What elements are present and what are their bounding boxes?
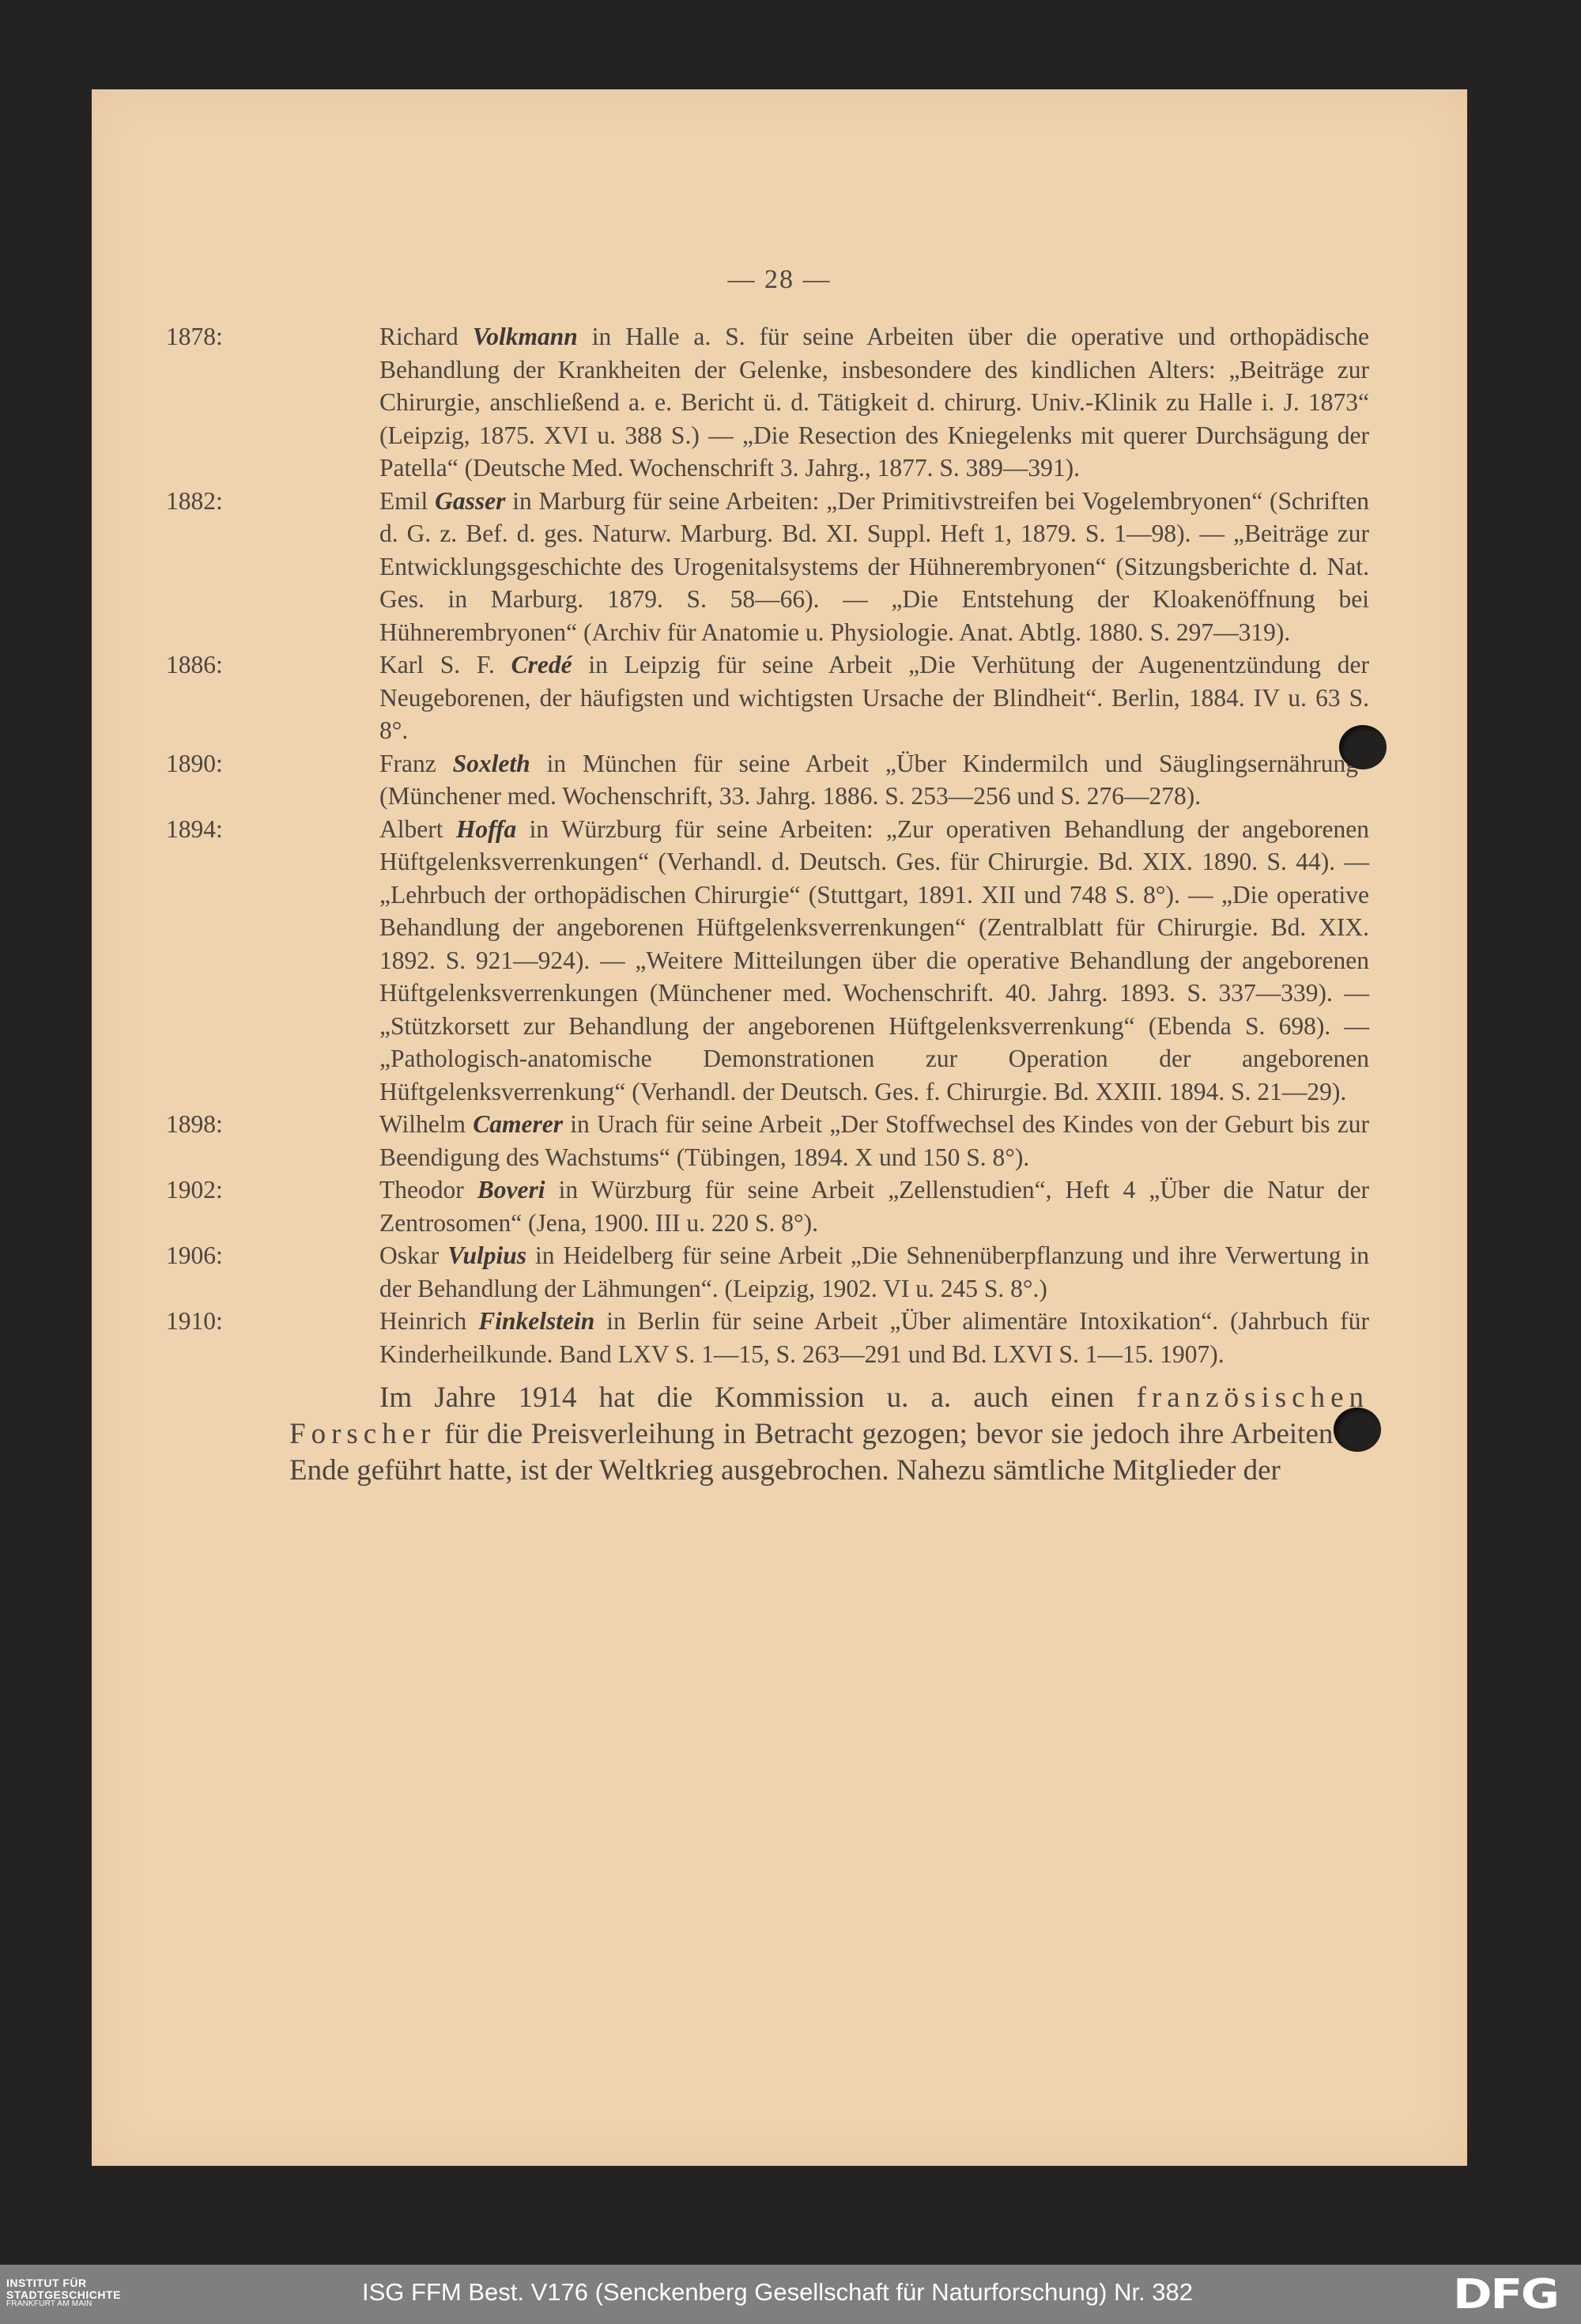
entry-surname: Boveri [477, 1176, 545, 1204]
list-item-1890: 1890: Franz Soxleth in München für seine… [379, 747, 1369, 813]
entry-year: 1898: [166, 1108, 379, 1141]
closing-text-start: Im Jahre 1914 hat die Kommission u. a. a… [379, 1381, 1137, 1414]
entry-text: in Heidelberg für seine Arbeit „Die Sehn… [379, 1241, 1369, 1302]
entry-year: 1910: [166, 1305, 379, 1338]
entry-first-name: Wilhelm [379, 1110, 473, 1138]
list-item-1878: 1878: Richard Volkmann in Halle a. S. fü… [379, 320, 1369, 485]
list-item-1886: 1886: Karl S. F. Credé in Leipzig für se… [379, 648, 1369, 747]
archive-reference: ISG FFM Best. V176 (Senckenberg Gesellsc… [362, 2278, 1193, 2307]
dfg-logo: DFG [1453, 2273, 1558, 2317]
institution-logo: INSTITUT FÜR STADTGESCHICHTE FRANKFURT A… [6, 2277, 121, 2309]
hole-punch-lower [1334, 1408, 1381, 1452]
entry-first-name: Heinrich [379, 1307, 478, 1335]
entry-surname: Gasser [435, 487, 505, 515]
entry-text: in Marburg für seine Arbeiten: „Der Prim… [379, 487, 1369, 646]
document-page: — 28 — 1878: Richard Volkmann in Halle a… [92, 89, 1467, 2166]
entry-year: 1890: [166, 747, 379, 780]
entry-year: 1886: [166, 648, 379, 682]
entry-surname: Vulpius [447, 1241, 526, 1269]
closing-text-end: für die Preisverleihung in Betracht gezo… [289, 1418, 1369, 1487]
entry-first-name: Franz [379, 750, 453, 777]
entry-first-name: Karl S. F. [379, 651, 511, 678]
list-item-1910: 1910: Heinrich Finkelstein in Berlin für… [379, 1305, 1369, 1370]
list-item-1898: 1898: Wilhelm Camerer in Urach für seine… [379, 1108, 1369, 1173]
institution-location: FRANKFURT AM MAIN [6, 2300, 121, 2309]
archive-footer-bar: INSTITUT FÜR STADTGESCHICHTE FRANKFURT A… [0, 2265, 1581, 2324]
entry-first-name: Richard [379, 323, 473, 350]
entry-first-name: Theodor [379, 1176, 477, 1204]
entry-year: 1902: [166, 1173, 379, 1207]
entry-surname: Volkmann [473, 323, 578, 350]
entry-year: 1878: [166, 320, 379, 353]
prize-winner-list: 1878: Richard Volkmann in Halle a. S. fü… [92, 320, 1467, 1518]
entry-year: 1882: [166, 485, 379, 518]
list-item-1906: 1906: Oskar Vulpius in Heidelberg für se… [379, 1239, 1369, 1305]
entry-surname: Hoffa [456, 815, 516, 843]
entry-first-name: Emil [379, 487, 435, 515]
entry-surname: Credé [511, 651, 572, 678]
entry-first-name: Albert [379, 815, 456, 843]
hole-punch-upper [1339, 725, 1387, 769]
entry-surname: Soxleth [453, 750, 530, 777]
entry-year: 1894: [166, 813, 379, 846]
list-item-1902: 1902: Theodor Boveri in Würzburg für sei… [379, 1173, 1369, 1239]
page-number: — 28 — [92, 265, 1467, 295]
list-item-1882: 1882: Emil Gasser in Marburg für seine A… [379, 485, 1369, 649]
institution-name-line2: STADTGESCHICHTE [6, 2289, 121, 2301]
institution-name-line1: INSTITUT FÜR [6, 2277, 121, 2289]
closing-paragraph: Im Jahre 1914 hat die Kommission u. a. a… [289, 1380, 1369, 1489]
entry-surname: Finkelstein [478, 1307, 594, 1335]
list-item-1894: 1894: Albert Hoffa in Würzburg für seine… [379, 813, 1369, 1109]
entry-surname: Camerer [473, 1110, 563, 1138]
entry-year: 1906: [166, 1239, 379, 1272]
entry-text: in Würzburg für seine Arbeiten: „Zur ope… [379, 815, 1369, 1105]
entry-first-name: Oskar [379, 1241, 447, 1269]
